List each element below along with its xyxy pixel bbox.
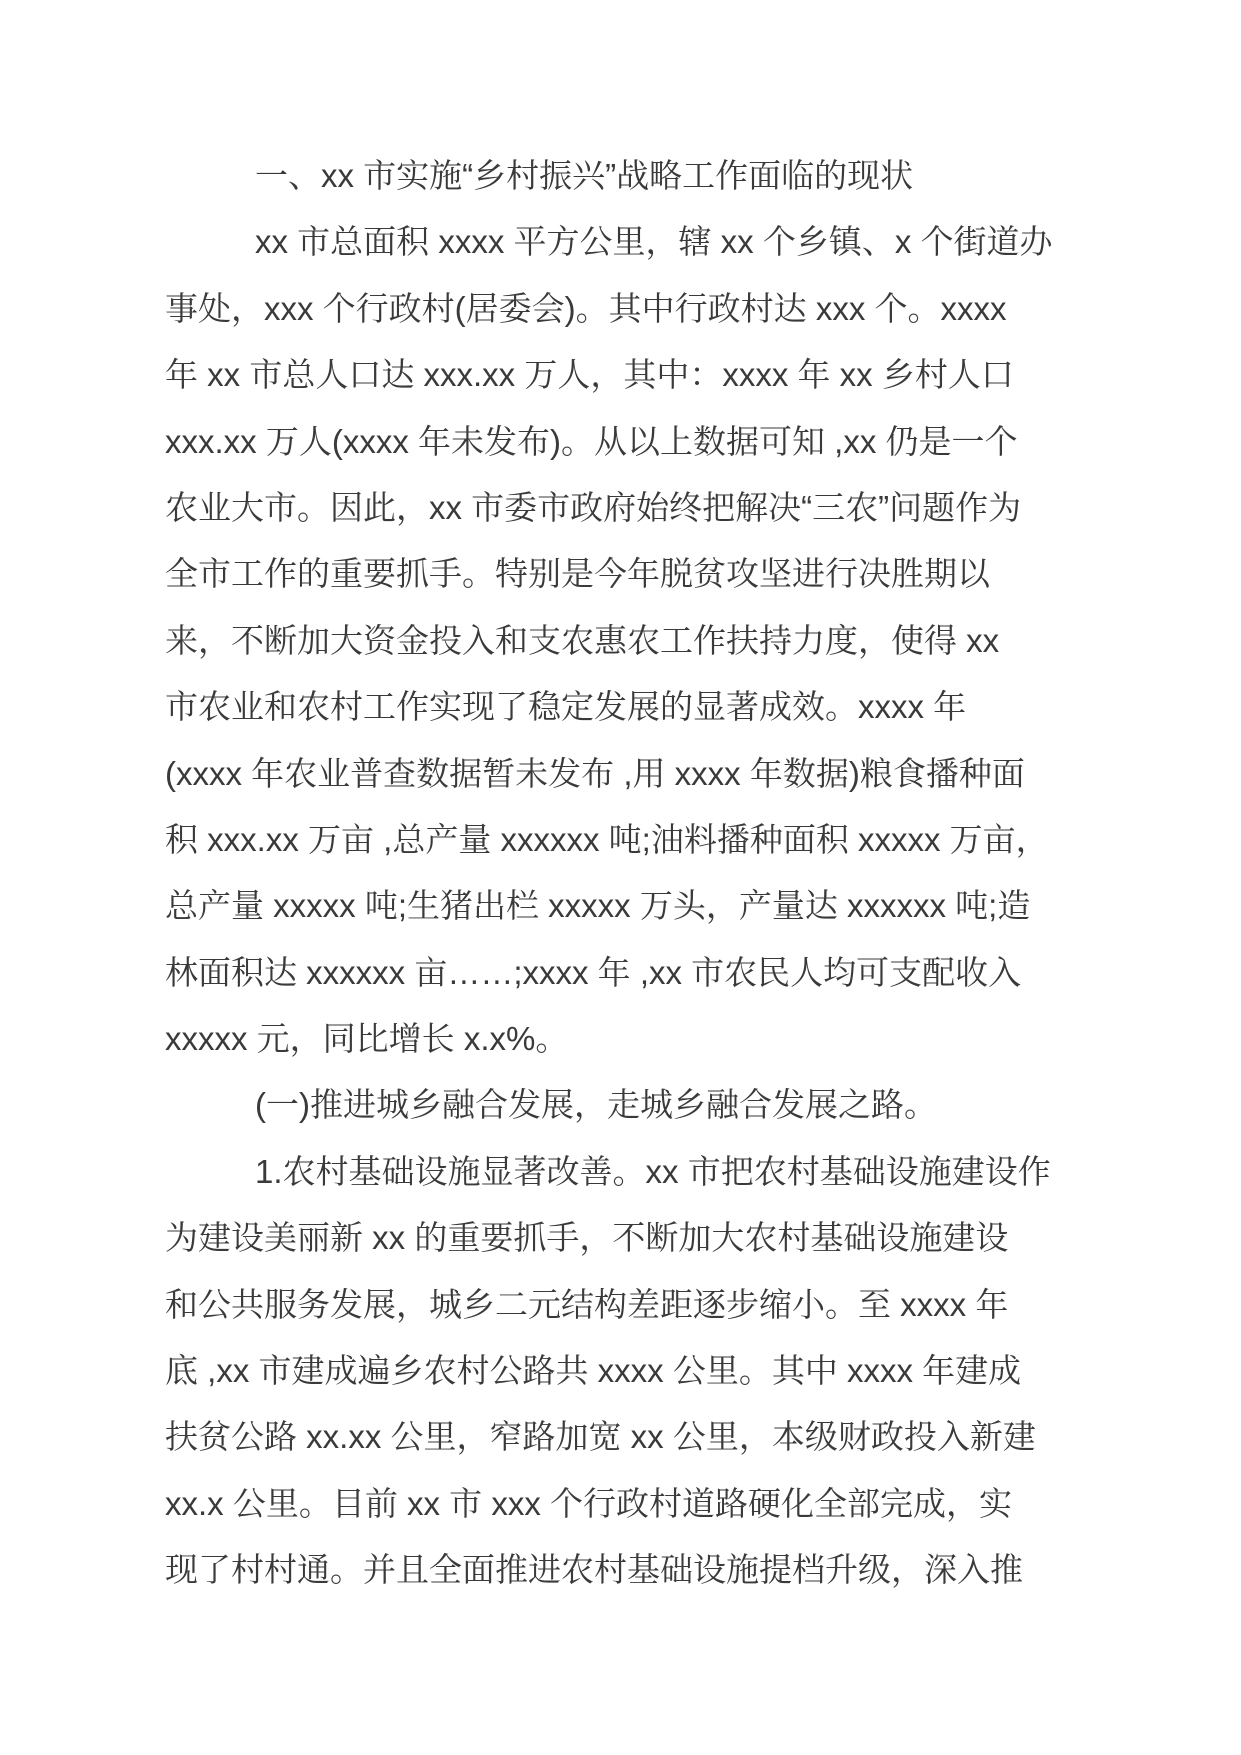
text-line: 市农业和农村工作实现了稳定发展的显著成效。xxxx 年 bbox=[165, 674, 1077, 740]
text-line: 底 ,xx 市建成遍乡农村公路共 xxxx 公里。其中 xxxx 年建成 bbox=[165, 1338, 1077, 1404]
body-paragraph: 1.农村基础设施显著改善。xx 市把农村基础设施建设作为建设美丽新 xx 的重要… bbox=[165, 1139, 1077, 1604]
text-line: 事处，xxx 个行政村(居委会)。其中行政村达 xxx 个。xxxx bbox=[165, 276, 1077, 342]
text-line: xx.x 公里。目前 xx 市 xxx 个行政村道路硬化全部完成，实 bbox=[165, 1471, 1077, 1537]
text-line: 1.农村基础设施显著改善。xx 市把农村基础设施建设作 bbox=[165, 1139, 1077, 1205]
text-line: 年 xx 市总人口达 xxx.xx 万人，其中：xxxx 年 xx 乡村人口 bbox=[165, 342, 1077, 408]
body-paragraph: xx 市总面积 xxxx 平方公里，辖 xx 个乡镇、x 个街道办事处，xxx … bbox=[165, 209, 1077, 1072]
text-line: xxxxx 元，同比增长 x.x%。 bbox=[165, 1006, 1077, 1072]
subsection-heading: (一)推进城乡融合发展，走城乡融合发展之路。 bbox=[165, 1072, 1077, 1138]
text-line: 全市工作的重要抓手。特别是今年脱贫攻坚进行决胜期以 bbox=[165, 541, 1077, 607]
text-line: xx 市总面积 xxxx 平方公里，辖 xx 个乡镇、x 个街道办 bbox=[165, 209, 1077, 275]
text-line: 扶贫公路 xx.xx 公里，窄路加宽 xx 公里，本级财政投入新建 bbox=[165, 1404, 1077, 1470]
text-line: (xxxx 年农业普查数据暂未发布 ,用 xxxx 年数据)粮食播种面 bbox=[165, 741, 1077, 807]
text-line: 积 xxx.xx 万亩 ,总产量 xxxxxx 吨;油料播种面积 xxxxx 万… bbox=[165, 807, 1077, 873]
text-line: 和公共服务发展，城乡二元结构差距逐步缩小。至 xxxx 年 bbox=[165, 1272, 1077, 1338]
document-page: 一、xx 市实施“乡村振兴”战略工作面临的现状xx 市总面积 xxxx 平方公里… bbox=[0, 0, 1241, 1755]
text-line: 为建设美丽新 xx 的重要抓手，不断加大农村基础设施建设 bbox=[165, 1205, 1077, 1271]
text-line: (一)推进城乡融合发展，走城乡融合发展之路。 bbox=[165, 1072, 1077, 1138]
text-line: 农业大市。因此，xx 市委市政府始终把解决“三农”问题作为 bbox=[165, 475, 1077, 541]
section-heading: 一、xx 市实施“乡村振兴”战略工作面临的现状 bbox=[165, 143, 1077, 209]
text-line: 林面积达 xxxxxx 亩……;xxxx 年 ,xx 市农民人均可支配收入 bbox=[165, 940, 1077, 1006]
document-text-block: 一、xx 市实施“乡村振兴”战略工作面临的现状xx 市总面积 xxxx 平方公里… bbox=[165, 143, 1077, 1604]
text-line: xxx.xx 万人(xxxx 年未发布)。从以上数据可知 ,xx 仍是一个 bbox=[165, 409, 1077, 475]
text-line: 总产量 xxxxx 吨;生猪出栏 xxxxx 万头，产量达 xxxxxx 吨;造 bbox=[165, 873, 1077, 939]
text-line: 现了村村通。并且全面推进农村基础设施提档升级，深入推 bbox=[165, 1537, 1077, 1603]
text-line: 来，不断加大资金投入和支农惠农工作扶持力度，使得 xx bbox=[165, 608, 1077, 674]
text-line: 一、xx 市实施“乡村振兴”战略工作面临的现状 bbox=[165, 143, 1077, 209]
